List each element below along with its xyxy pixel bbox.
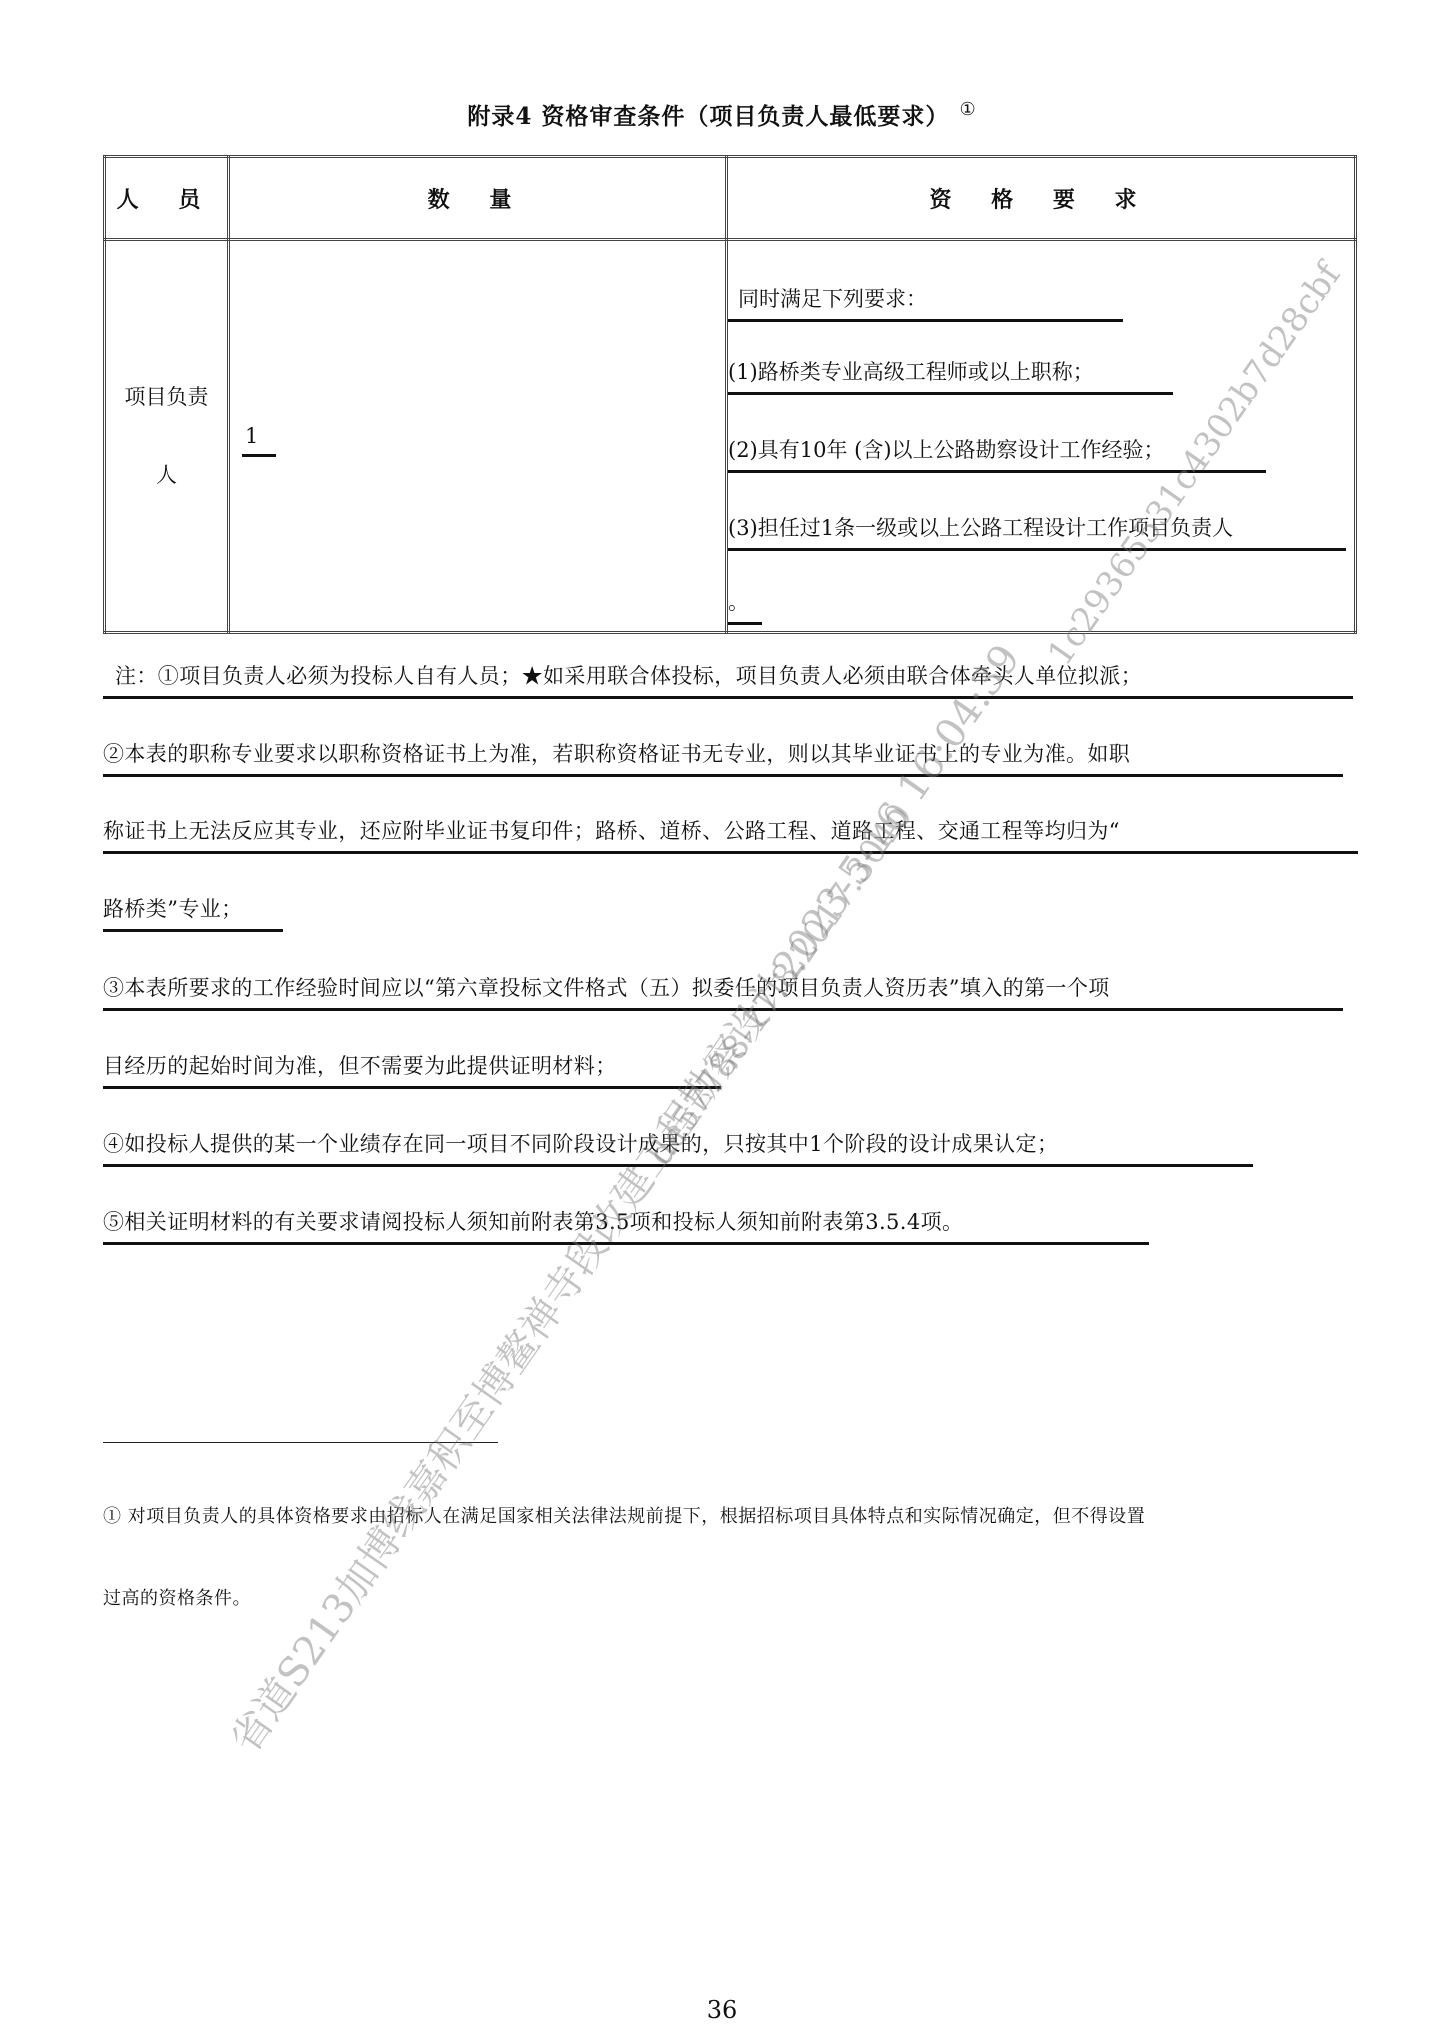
title-text: 附录4 资格审查条件（项目负责人最低要求） — [467, 103, 949, 130]
quantity-value: 1 — [242, 424, 276, 457]
requirement-line: (1)路桥类专业高级工程师或以上职称； — [728, 356, 1173, 395]
footnote-marker: ① — [959, 99, 976, 120]
cell-quantity: 1 — [229, 240, 727, 633]
note-line: 称证书上无法反应其专业，还应附毕业证书复印件；路桥、道桥、公路工程、道路工程、交… — [103, 815, 1358, 854]
requirement-line: 。 — [728, 586, 762, 625]
note-line: 目经历的起始时间为准，但不需要为此提供证明材料； — [103, 1050, 721, 1089]
header-personnel: 人 员 — [105, 157, 229, 240]
header-quantity: 数 量 — [229, 157, 727, 240]
note-line: ⑤相关证明材料的有关要求请阅投标人须知前附表第3.5项和投标人须知前附表第3.5… — [103, 1206, 1149, 1245]
footnote-line: 过高的资格条件。 — [103, 1584, 251, 1610]
note-line: ④如投标人提供的某一个业绩存在同一项目不同阶段设计成果的，只按其中1个阶段的设计… — [103, 1128, 1253, 1167]
note-line: ③本表所要求的工作经验时间应以“第六章投标文件格式（五）拟委任的项目负责人资历表… — [103, 972, 1343, 1011]
requirements-table: 人 员 数 量 资 格 要 求 项目负责 人 1 同时满足下列要求： (1)路桥… — [103, 155, 1357, 634]
footnote-line: ① 对项目负责人的具体资格要求由招标人在满足国家相关法律法规前提下，根据招标项目… — [103, 1502, 1145, 1528]
cell-requirements: 同时满足下列要求： (1)路桥类专业高级工程师或以上职称； (2)具有10年 (… — [727, 240, 1356, 633]
person-line: 项目负责 — [106, 358, 227, 436]
cell-person: 项目负责 人 — [105, 240, 229, 633]
requirement-line: (3)担任过1条一级或以上公路工程设计工作项目负责人 — [728, 512, 1346, 551]
header-requirements: 资 格 要 求 — [727, 157, 1356, 240]
table-header-row: 人 员 数 量 资 格 要 求 — [105, 157, 1356, 240]
footnote-separator — [103, 1442, 498, 1443]
note-line: 注：①项目负责人必须为投标人自有人员；★如采用联合体投标，项目负责人必须由联合体… — [103, 660, 1353, 699]
table-row: 项目负责 人 1 同时满足下列要求： (1)路桥类专业高级工程师或以上职称； (… — [105, 240, 1356, 633]
note-line: 路桥类”专业； — [103, 893, 283, 932]
note-line: ②本表的职称专业要求以职称资格证书上为准，若职称资格证书无专业，则以其毕业证书上… — [103, 738, 1343, 777]
requirement-line: (2)具有10年 (含)以上公路勘察设计工作经验； — [728, 434, 1266, 473]
requirement-line: 同时满足下列要求： — [728, 283, 1123, 322]
watermark-text: 省道S213加博线嘉积至博鳌禅寺段改建工程勘察设计2023-5-16 16:04… — [215, 631, 1031, 1762]
person-line: 人 — [106, 436, 227, 514]
page-title: 附录4 资格审查条件（项目负责人最低要求）① — [0, 98, 1444, 131]
page-number: 36 — [0, 1996, 1444, 2024]
